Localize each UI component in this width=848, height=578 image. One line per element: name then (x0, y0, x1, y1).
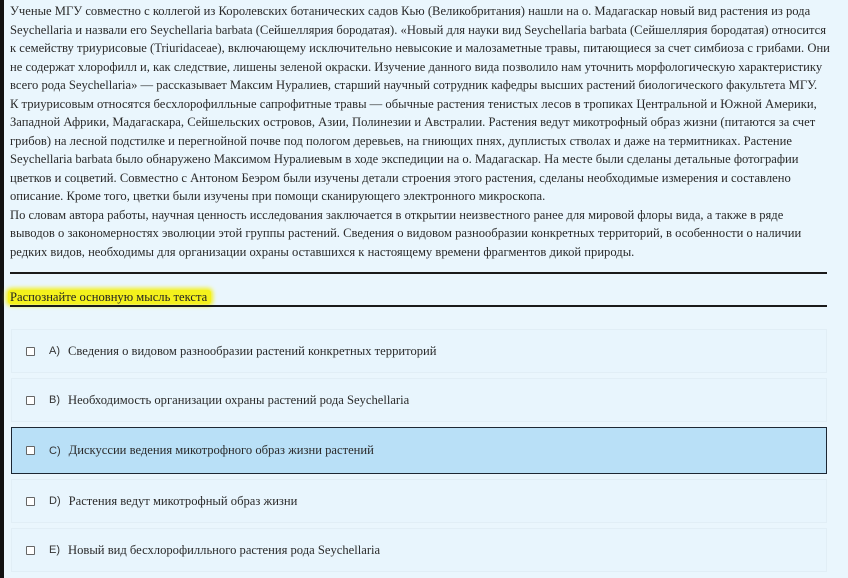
option-text: Сведения о видовом разнообразии растений… (68, 344, 437, 359)
reading-passage: Ученые МГУ совместно с коллегой из Корол… (10, 2, 830, 261)
checkbox-icon[interactable] (26, 446, 35, 455)
option-letter: D) (49, 495, 61, 507)
option-letter: C) (49, 445, 61, 457)
option-text: Дискуссии ведения микотрофного образ жиз… (69, 443, 374, 458)
passage-paragraph-1: Ученые МГУ совместно с коллегой из Корол… (10, 2, 830, 95)
checkbox-icon[interactable] (26, 546, 35, 555)
passage-paragraph-3: По словам автора работы, научная ценност… (10, 206, 830, 262)
divider-top (10, 272, 827, 274)
option-a[interactable]: A) Сведения о видовом разнообразии расте… (11, 329, 827, 373)
option-text: Растения ведут микотрофный образ жизни (69, 494, 298, 509)
option-e[interactable]: E) Новый вид бесхлорофилльного растения … (11, 528, 827, 572)
divider-bottom (10, 305, 827, 307)
option-text: Необходимость организации охраны растени… (68, 393, 409, 408)
checkbox-icon[interactable] (26, 497, 35, 506)
option-text: Новый вид бесхлорофилльного растения род… (68, 543, 380, 558)
option-c[interactable]: C) Дискуссии ведения микотрофного образ … (11, 427, 827, 474)
option-letter: A) (49, 345, 60, 357)
checkbox-icon[interactable] (26, 396, 35, 405)
option-letter: B) (49, 394, 60, 406)
question-prompt: Распознайте основную мысль текста (8, 290, 211, 304)
answer-options: A) Сведения о видовом разнообразии расте… (11, 329, 827, 577)
option-d[interactable]: D) Растения ведут микотрофный образ жизн… (11, 479, 827, 523)
option-letter: E) (49, 544, 60, 556)
left-edge-strip (0, 0, 4, 578)
option-b[interactable]: B) Необходимость организации охраны раст… (11, 378, 827, 422)
passage-paragraph-2: К триурисовым относятся бесхлорофилльные… (10, 95, 830, 206)
checkbox-icon[interactable] (26, 347, 35, 356)
